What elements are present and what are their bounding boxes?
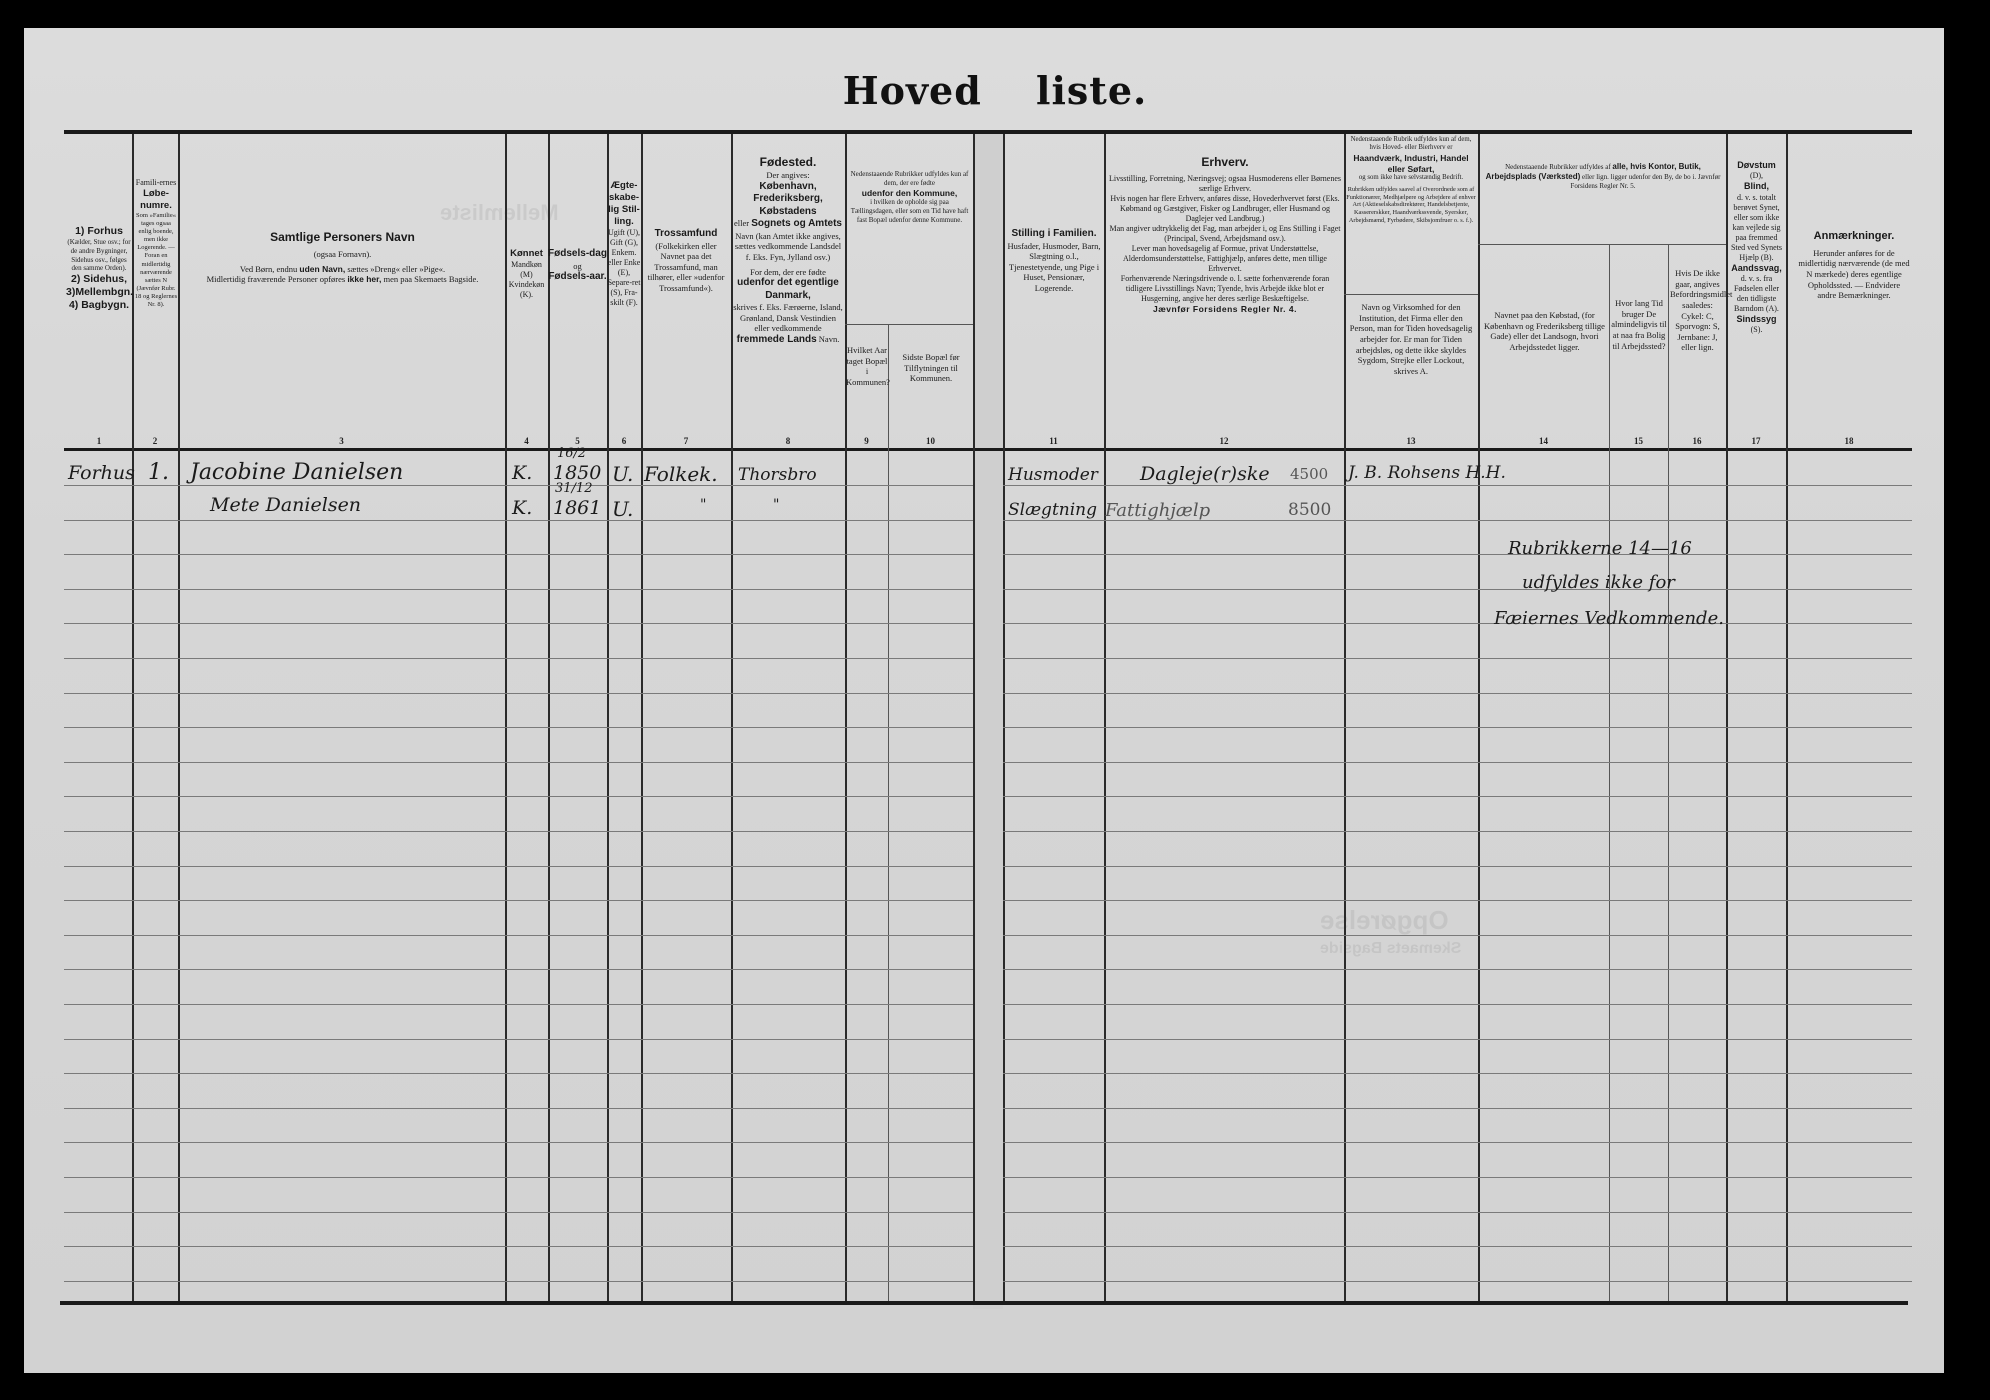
col3-bold-2: ikke her, xyxy=(347,274,381,284)
cell-birth-day: 16/2 xyxy=(557,446,586,461)
col9-text: Hvilket Aar taget Bopæl i Kommunen? xyxy=(846,345,888,388)
col-number-1: 1 xyxy=(66,436,132,446)
col13-note-b: og som ikke have selvstændig Bedrift. xyxy=(1346,174,1476,182)
col8-bold-d: fremmede Lands xyxy=(737,334,817,345)
col2-heading-top: Famili-ernes xyxy=(134,178,178,188)
row-rule xyxy=(64,1004,973,1005)
row-rule xyxy=(64,762,973,763)
col18-text: Herunder anføres for de midlertidig nærv… xyxy=(1798,248,1910,301)
cell-birth-year: 1861 xyxy=(553,497,601,519)
show-through-text: Skemaets Bagside xyxy=(1320,940,1461,958)
header-col-15: Hvor lang Tid bruger De almindeligvis ti… xyxy=(1611,298,1667,351)
col5-heading: Fødsels-dag xyxy=(548,248,607,261)
header-col-12: Erhverv. Livsstilling, Forretning, Nærin… xyxy=(1108,155,1342,315)
cell-birth-day: 31/12 xyxy=(555,481,592,496)
col-number-3: 3 xyxy=(178,436,505,446)
center-fold-gutter xyxy=(973,134,1003,1309)
annotation-line-1: Rubrikkerne 14—16 xyxy=(1508,538,1692,559)
col3-text-4: men paa Skemaets Bagside. xyxy=(383,274,478,284)
col18-heading: Anmærkninger. xyxy=(1798,230,1910,244)
header-col-9: Hvilket Aar taget Bopæl i Kommunen? xyxy=(846,345,888,388)
row-rule xyxy=(1003,1177,1912,1178)
show-through-text: Opgørelse xyxy=(1320,905,1449,936)
col1-heading: 1) Forhus xyxy=(66,225,132,238)
row-rule xyxy=(64,520,973,521)
row-rule xyxy=(64,1039,973,1040)
col17-heading-2: Blind, xyxy=(1728,181,1785,192)
row-rule xyxy=(64,831,973,832)
cell-birthplace: " xyxy=(773,497,779,513)
col-number-10: 10 xyxy=(888,436,973,446)
col13-note-c: Rubrikken udfyldes saavel af Overordnede… xyxy=(1346,186,1476,225)
col8-bold-b: Sognets og Amtets xyxy=(751,218,842,229)
col-number-6: 6 xyxy=(607,436,641,446)
row-rule xyxy=(1003,866,1912,867)
cell-occupation: Dagleje(r)ske xyxy=(1140,463,1270,485)
col6-text: Ugift (U), Gift (G), Enkem. eller Enke (… xyxy=(607,228,641,308)
row-rule xyxy=(1003,969,1912,970)
cell-marital: U. xyxy=(612,497,633,521)
header-col-17: Døvstum (D), Blind, d. v. s. totalt berø… xyxy=(1728,160,1785,335)
col12-heading: Erhverv. xyxy=(1108,155,1342,170)
col-number-14: 14 xyxy=(1478,436,1609,446)
col8-text-c: For dem, der ere fødte xyxy=(733,267,843,278)
col-number-16: 16 xyxy=(1668,436,1726,446)
col8-bold-c: udenfor det egentlige Danmark, xyxy=(733,277,843,302)
col8-line-b: eller Sognets og Amtets xyxy=(733,218,843,231)
col13-note-a: Nedenstaaende Rubrik udfyldes kun af dem… xyxy=(1346,136,1476,153)
row-rule xyxy=(64,969,973,970)
col3-text-1: Ved Børn, endnu xyxy=(240,264,297,274)
col13-note-bold: Haandværk, Industri, Handel eller Søfart… xyxy=(1346,153,1476,174)
col-number-4: 4 xyxy=(505,436,548,446)
group-9-10-note-bold: udenfor den Kommune, xyxy=(848,188,971,199)
col3-line-1: Ved Børn, endnu uden Navn, sættes »Dreng… xyxy=(190,264,495,275)
row-rule xyxy=(64,1142,973,1143)
col11-text: Husfader, Husmoder, Barn, Slægtning o.l.… xyxy=(1005,241,1103,294)
header-col-8: Fødested. Der angives: København, Freder… xyxy=(733,155,843,347)
col3-heading: Samtlige Personers Navn xyxy=(190,230,495,245)
col4-heading: Kønnet xyxy=(505,248,548,260)
bottom-rule xyxy=(60,1301,1908,1305)
show-through-text: Mellemliste xyxy=(440,200,559,226)
cell-birthplace: Thorsbro xyxy=(738,465,817,485)
col1-text: (Kælder, Stue osv.; for de andre Bygning… xyxy=(66,238,132,273)
col8-line-e: fremmede Lands Navn. xyxy=(733,334,843,347)
col5-heading-2: Fødsels-aar. xyxy=(548,271,607,284)
header-col-4: Kønnet Mandkøn (M) Kvindekøn (K). xyxy=(505,248,548,300)
cell-name: Mete Danielsen xyxy=(210,494,361,516)
row-rule xyxy=(1003,935,1912,936)
header-col-13: Nedenstaaende Rubrik udfyldes kun af dem… xyxy=(1346,136,1476,225)
row-rule xyxy=(1003,554,1912,555)
col12-para-1: Livsstilling, Forretning, Næringsvej; og… xyxy=(1108,174,1342,194)
col11-heading: Stilling i Familien. xyxy=(1005,228,1103,241)
col17-heading: Døvstum xyxy=(1728,160,1785,171)
header-col-13-main: Navn og Virksomhed for den Institution, … xyxy=(1346,302,1476,376)
col3-text-3: Midlertidig fraværende Personer opføres xyxy=(207,274,346,284)
cell-sex: K. xyxy=(512,497,532,519)
col1-mellembygning: 3)Mellembgn. xyxy=(66,286,132,299)
col12-footer: Jævnfør Forsidens Regler Nr. 4. xyxy=(1108,304,1342,315)
col1-sidehus: 2) Sidehus, xyxy=(66,273,132,286)
cell-occupation: Fattighjælp xyxy=(1105,500,1210,521)
row-rule xyxy=(64,1212,973,1213)
col17-heading-3: Aandssvag, xyxy=(1728,263,1785,274)
col17-text-c: d. v. s. fra Fødselen eller den tidligst… xyxy=(1728,274,1785,314)
col3-line-2: Midlertidig fraværende Personer opføres … xyxy=(190,274,495,285)
col12-para-3: Man angiver udtrykkelig det Fag, man arb… xyxy=(1108,224,1342,244)
row-rule xyxy=(64,900,973,901)
col10-text: Sidste Bopæl før Tilflytningen til Kommu… xyxy=(890,352,972,384)
row-rule xyxy=(64,589,973,590)
col3-bold-1: uden Navn, xyxy=(299,264,345,274)
col13-text: Navn og Virksomhed for den Institution, … xyxy=(1346,302,1476,376)
col12-para-4: Lever man hovedsagelig af Formue, privat… xyxy=(1108,244,1342,274)
col-number-5: 5 xyxy=(548,436,607,446)
cell-name: Jacobine Danielsen xyxy=(190,460,403,485)
col14-text: Navnet paa den Købstad, (for København o… xyxy=(1482,310,1607,353)
row-rule xyxy=(1003,1039,1912,1040)
col-number-15: 15 xyxy=(1609,436,1668,446)
row-rule xyxy=(1003,1281,1912,1282)
col8-text-a: eller xyxy=(734,218,749,228)
col-number-13: 13 xyxy=(1344,436,1478,446)
row-rule xyxy=(64,727,973,728)
row-rule xyxy=(1003,485,1912,486)
annotation-line-2: udfyldes ikke for xyxy=(1522,572,1675,593)
header-group-9-10: Nedenstaaende Rubrikker udfyldes kun af … xyxy=(848,170,971,224)
row-rule xyxy=(1003,762,1912,763)
cell-family-position: Slægtning xyxy=(1008,500,1097,520)
title-word-2: liste. xyxy=(1036,68,1147,113)
col-number-9: 9 xyxy=(845,436,888,446)
col-number-17: 17 xyxy=(1726,436,1786,446)
col8-sub: Der angives: xyxy=(733,170,843,181)
col8-text-d: skrives f. Eks. Færøerne, Island, Grønla… xyxy=(733,302,843,334)
header-group-14-16: Nedenstaaende Rubrikker udfyldes af alle… xyxy=(1482,162,1724,191)
row-rule xyxy=(1003,1212,1912,1213)
row-rule xyxy=(64,1281,973,1282)
row-rule xyxy=(64,554,973,555)
row-rule xyxy=(1003,1108,1912,1109)
col4-text: Mandkøn (M) Kvindekøn (K). xyxy=(505,260,548,300)
group-14-16-note-b: eller lign. ligger udenfor den By, de bo… xyxy=(1570,173,1720,190)
cell-employer: J. B. Rohsens H.H. xyxy=(1348,463,1506,483)
cell-marital: U. xyxy=(612,462,633,486)
col-number-18: 18 xyxy=(1786,436,1912,446)
col8-places: København, Frederiksberg, Købstadens xyxy=(733,181,843,219)
header-col-2: Famili-ernes Løbe-numre. Som »Familie« t… xyxy=(134,178,178,309)
row-rule xyxy=(64,1246,973,1247)
row-rule xyxy=(64,1073,973,1074)
group-14-16-note-a: Nedenstaaende Rubrikker udfyldes af xyxy=(1505,163,1611,171)
row-rule xyxy=(64,1108,973,1109)
col17-text-a: (D), xyxy=(1728,171,1785,181)
col15-text: Hvor lang Tid bruger De almindeligvis ti… xyxy=(1611,298,1667,351)
cell-religion: " xyxy=(700,497,706,513)
col-number-8: 8 xyxy=(731,436,845,446)
top-rule xyxy=(64,130,1912,134)
row-rule xyxy=(1003,1246,1912,1247)
row-rule xyxy=(64,1177,973,1178)
col7-heading: Trossamfund xyxy=(643,228,729,241)
row-rule xyxy=(64,658,973,659)
col8-text-e: Navn. xyxy=(819,334,840,344)
col7-text: (Folkekirken eller Navnet paa det Trossa… xyxy=(643,241,729,294)
col-number-12: 12 xyxy=(1104,436,1344,446)
row-rule xyxy=(1003,900,1912,901)
col2-text: Som »Familie« tages ogsaa enlig boende, … xyxy=(134,212,178,310)
row-rule xyxy=(1003,1142,1912,1143)
col17-heading-4: Sindssyg xyxy=(1728,314,1785,325)
row-rule xyxy=(64,866,973,867)
header-col-5: Fødsels-dag og Fødsels-aar. xyxy=(548,248,607,284)
col-number-2: 2 xyxy=(132,436,178,446)
cell-religion: Folkek. xyxy=(644,462,718,486)
col-number-11: 11 xyxy=(1003,436,1104,446)
col8-heading: Fødested. xyxy=(733,155,843,170)
row-rule xyxy=(1003,1004,1912,1005)
row-rule xyxy=(1003,693,1912,694)
cell-occupation-code: 8500 xyxy=(1288,500,1331,520)
row-rule xyxy=(1003,727,1912,728)
row-rule xyxy=(64,935,973,936)
title-word-1: Hoved xyxy=(843,68,982,113)
row-rule xyxy=(1003,831,1912,832)
group-9-10-note-a: Nedenstaaende Rubrikker udfyldes kun af … xyxy=(848,170,971,188)
col12-para-2: Hvis nogen har flere Erhverv, anføres di… xyxy=(1108,194,1342,224)
header-separator xyxy=(64,448,1912,451)
row-rule xyxy=(64,485,973,486)
header-col-14: Navnet paa den Købstad, (for København o… xyxy=(1482,310,1607,353)
row-rule xyxy=(1003,1073,1912,1074)
header-col-6: Ægte-skabe-lig Stil-ling. Ugift (U), Gif… xyxy=(607,180,641,308)
header-col-7: Trossamfund (Folkekirken eller Navnet pa… xyxy=(643,228,729,294)
col2-heading: Løbe-numre. xyxy=(134,188,178,212)
row-rule xyxy=(64,796,973,797)
cell-sex: K. xyxy=(512,462,532,484)
col3-sub: (ogsaa Fornavn). xyxy=(190,249,495,260)
row-rule xyxy=(1003,658,1912,659)
col-number-7: 7 xyxy=(641,436,731,446)
header-col-11: Stilling i Familien. Husfader, Husmoder,… xyxy=(1005,228,1103,294)
row-rule xyxy=(1003,623,1912,624)
col17-text-d: (S). xyxy=(1728,325,1785,335)
row-rule xyxy=(1003,796,1912,797)
col6-heading: Ægte-skabe-lig Stil-ling. xyxy=(607,180,641,228)
cell-building: Forhus xyxy=(68,462,135,484)
cell-family-no: 1. xyxy=(148,460,169,485)
row-rule xyxy=(1003,589,1912,590)
header-col-18: Anmærkninger. Herunder anføres for de mi… xyxy=(1798,230,1910,301)
row-rule xyxy=(64,623,973,624)
col1-bagbygning: 4) Bagbygn. xyxy=(66,299,132,312)
header-col-16: Hvis De ikke gaar, angives Befordringsmi… xyxy=(1670,268,1725,353)
header-col-1: 1) Forhus (Kælder, Stue osv.; for de and… xyxy=(66,225,132,313)
col8-text-b: Navn (kan Amtet ikke angives, sættes ved… xyxy=(733,231,843,263)
page-title: Hoved liste. xyxy=(0,68,1990,113)
col5-mid: og xyxy=(548,261,607,272)
cell-occupation-code: 4500 xyxy=(1290,465,1328,483)
col17-text-b: d. v. s. totalt berøvet Synet, eller som… xyxy=(1728,193,1785,263)
col3-text-2: sættes »Dreng« eller »Pige«. xyxy=(347,264,445,274)
annotation-line-3: Fæiernes Vedkommende. xyxy=(1494,608,1724,629)
header-col-10: Sidste Bopæl før Tilflytningen til Kommu… xyxy=(890,352,972,384)
row-rule xyxy=(64,693,973,694)
col12-para-5: Forhenværende Næringsdrivende o. l. sætt… xyxy=(1108,274,1342,304)
cell-family-position: Husmoder xyxy=(1008,465,1098,485)
group-9-10-note-b: i hvilken de opholde sig paa Tællingsdag… xyxy=(848,198,971,224)
header-col-3: Samtlige Personers Navn (ogsaa Fornavn).… xyxy=(190,230,495,285)
col16-text: Hvis De ikke gaar, angives Befordringsmi… xyxy=(1670,268,1725,353)
